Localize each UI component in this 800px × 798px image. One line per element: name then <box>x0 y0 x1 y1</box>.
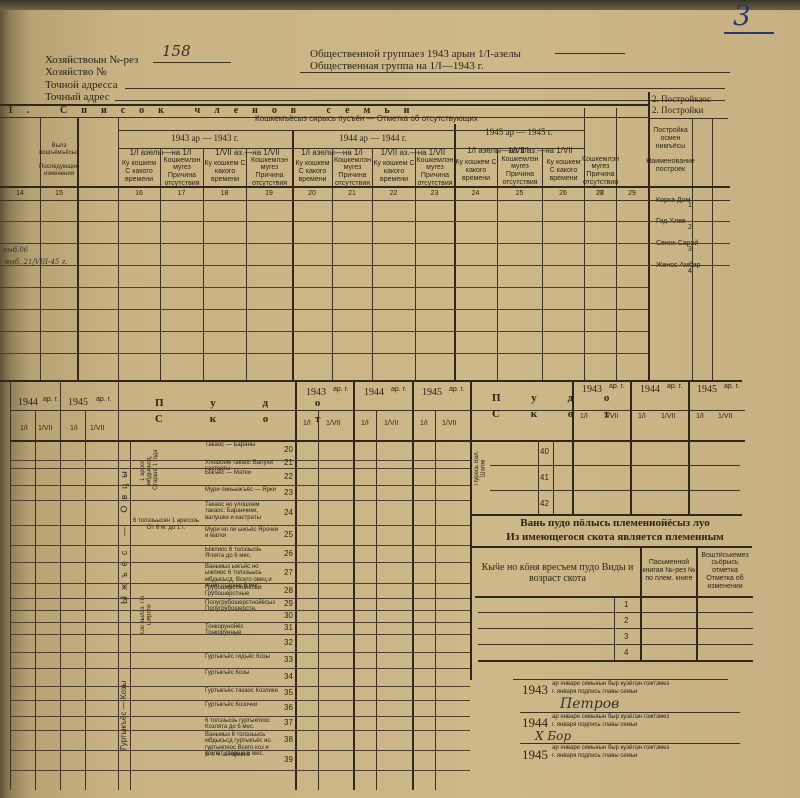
col24-header: Ку кошкем С какого времени <box>455 156 497 186</box>
breeding-title-komi: Вань пудо пӧлысь племеннойёсыз луо <box>480 518 750 529</box>
livestock-row-label: Гуртыкъёс Козы <box>205 670 280 676</box>
year-suffix: ар. г. <box>724 383 739 390</box>
jul-label: 1/VII <box>38 425 52 432</box>
group-label-ru: Общественная группа на 1/I—1943 г. <box>310 61 484 72</box>
year-label: 1945 <box>697 385 717 395</box>
signature-text: г. января подпись главы семьи <box>552 722 637 728</box>
col-number: 19 <box>246 187 292 200</box>
grid-line <box>0 331 648 332</box>
grid-line <box>0 200 730 201</box>
grid-line <box>490 490 740 491</box>
grid-line <box>10 410 745 411</box>
grid-line <box>470 380 472 680</box>
col-number: 23 <box>415 187 454 200</box>
livestock-title-2: С к о т <box>155 414 342 425</box>
signature-line <box>520 743 740 744</box>
grid-line <box>130 440 131 790</box>
livestock-row-number: 36 <box>284 704 293 712</box>
col17-header: Кошкемлэн мугез Причина отсутствия <box>161 158 203 186</box>
breeding-col-kind: Кыӵе но кӧня вресъем пудо Виды и возраст… <box>475 555 640 591</box>
signature-text: ар январе семьяын быр кузёлэн гожтэмез <box>552 681 669 687</box>
livestock-row-number: 34 <box>284 673 293 681</box>
jul-label: 1/VII <box>384 420 398 427</box>
col15-number: 15 <box>41 187 77 200</box>
year-1945-header: 1945 ар — 1945 г. <box>454 124 584 142</box>
grid-line <box>10 652 470 653</box>
address-label-ru: Точный адрес <box>45 92 110 103</box>
grid-line <box>10 622 470 623</box>
grid-line <box>0 265 730 266</box>
year-1943-header: 1943 ар — 1943 г. <box>118 130 292 148</box>
livestock-row-label: Гуртыкъёс такаос Козлики <box>205 688 280 694</box>
group-line-2 <box>300 72 730 73</box>
grid-line <box>478 628 753 629</box>
breeding-row-number: 4 <box>624 649 628 657</box>
livestock-row-number: 20 <box>284 446 293 454</box>
grid-line <box>0 117 648 118</box>
year-label: 1945 <box>68 398 88 408</box>
grid-line <box>692 118 693 380</box>
jul-label: 1/VII <box>442 420 456 427</box>
handwritten-note-a: выб.06 <box>3 247 28 254</box>
livestock-row-label: Мури пиньыжъёс — Ярки <box>205 487 280 493</box>
livestock-row-label: Гуртыкъёс Козочки <box>205 702 280 708</box>
signature-1943[interactable]: Петров <box>560 697 619 711</box>
col-number: 25 <box>497 187 542 200</box>
livestock-row-number: 32 <box>284 639 293 647</box>
col27-header: Кошкемлэн мугез Причина отсутствия <box>585 156 616 186</box>
year-label: 1945 <box>422 388 442 398</box>
grid-line <box>10 545 470 546</box>
right-row-group-label: Пуресь Вал. Шагов <box>474 442 488 494</box>
building-1: Корка Дом <box>656 197 690 204</box>
signature-text: г. января подпись главы семьи <box>552 753 637 759</box>
scan-top-edge <box>0 0 800 10</box>
col16-header: Ку кошкем С какого времени <box>119 158 159 186</box>
grid-line <box>490 465 740 466</box>
buildings-header-ru: Наименование построек <box>649 152 692 180</box>
year-label: 1944 <box>364 388 384 398</box>
grid-line <box>584 108 585 380</box>
grid-line <box>10 485 470 486</box>
household-number-line <box>153 62 231 63</box>
grid-line <box>10 668 470 669</box>
breeding-row-number: 1 <box>624 601 628 609</box>
year-suffix: ар. г. <box>43 396 58 403</box>
livestock-row-label: Грубошерстнойёсыз Грубошерстные <box>205 585 280 598</box>
grid-line <box>712 118 713 380</box>
livestock-row-number: 39 <box>284 756 293 764</box>
row-number: 41 <box>540 474 549 482</box>
livestock-row-number: 28 <box>284 587 293 595</box>
address-line-2[interactable] <box>115 100 725 101</box>
col-number: 26 <box>542 187 584 200</box>
address-label-komi: Точной адресса <box>45 80 118 91</box>
year-suffix: ар. г. <box>609 383 624 390</box>
livestock-row-label: Такаос но улошоем такаос: Баранчики, вал… <box>205 502 280 521</box>
household-number[interactable]: 158 <box>162 44 191 59</box>
col22-header: Ку кошкем С какого времени <box>373 158 415 186</box>
livestock-title-1: П у д о <box>155 398 342 409</box>
signature-text: ар январе семьяын быр кузёлэн гожтэмез <box>552 714 669 720</box>
col21-header: Кошкемлэн мугез Причина отсутствия <box>333 158 372 186</box>
livestock-row-number: 21 <box>284 459 293 467</box>
livestock-row-label: В т. ч. ангорские <box>205 752 280 758</box>
signature-year: 1943 <box>522 683 548 696</box>
jan-label: 1/I <box>20 425 28 432</box>
livestock-row-label: Мури но пи ыжъёс Ярочки и матки <box>205 527 280 540</box>
household-label-ru: Хозяйство № <box>45 67 107 78</box>
jul-label: 1/VII <box>90 425 104 432</box>
group-goats-label: Гуртыкъёс — Козы <box>120 660 130 770</box>
building-number: 4 <box>688 268 692 275</box>
signature-year: 1945 <box>522 748 548 761</box>
grid-line <box>10 716 470 717</box>
signature-text: г. января подпись главы семьи <box>552 689 637 695</box>
grid-line <box>10 500 470 501</box>
jul-label: 1/VII <box>661 413 675 420</box>
grid-line <box>318 410 319 790</box>
grid-line <box>475 596 753 598</box>
grid-line <box>0 353 648 354</box>
livestock-row-number: 27 <box>284 569 293 577</box>
1945-jul-header: 1/VII аз.—на 1/VII <box>497 146 584 156</box>
grid-line <box>10 686 470 687</box>
breeding-col-book: Пасьменной книгая №-рез № по плем. книге <box>642 546 696 596</box>
address-line[interactable] <box>125 88 725 89</box>
jan-label: 1/I <box>361 420 369 427</box>
jan-label: 1/I <box>420 420 428 427</box>
livestock-row-number: 31 <box>284 624 293 632</box>
group-sheep-label: Ыжъёс — Овцы <box>120 460 130 610</box>
household-label-komi: Хозяйствоын №-рез <box>45 55 138 66</box>
year-suffix: ар. г. <box>391 386 406 393</box>
col14-number: 14 <box>0 187 40 200</box>
jul-label: 1/VII <box>604 413 618 420</box>
col19-header: Кошкемлэн мугез Причина отсутствия <box>247 158 292 186</box>
section2-title-komi: 2. Постройкаос <box>652 95 711 104</box>
grid-line <box>0 243 730 244</box>
grid-line <box>10 770 470 771</box>
grid-line <box>478 644 753 645</box>
livestock-row-label: Ыжпиос 6 толэзьозь Ягнята до 6 мес. <box>205 547 280 560</box>
grid-line <box>0 221 730 222</box>
row-number: 40 <box>540 448 549 456</box>
grid-line <box>688 380 690 515</box>
grid-line <box>435 410 436 790</box>
col-number: 17 <box>160 187 203 200</box>
group-label-komi: Общественной группаез 1943 арын 1/I-азел… <box>310 49 521 60</box>
signature-line <box>520 712 740 713</box>
livestock-row-number: 22 <box>284 473 293 481</box>
grid-line <box>0 309 648 310</box>
livestock-row-number: 30 <box>284 612 293 620</box>
livestock-row-number: 35 <box>284 689 293 697</box>
breeding-title-ru: Из имеющегося скота является племенным <box>480 532 750 543</box>
col-number: 28 <box>584 187 616 200</box>
year-label: 1943 <box>582 385 602 395</box>
grid-line <box>10 562 470 563</box>
building-number: 3 <box>688 246 692 253</box>
breeding-row-number: 3 <box>624 633 628 641</box>
row-number: 42 <box>540 500 549 508</box>
grid-line <box>10 440 745 442</box>
jan-label: 1/I <box>303 420 311 427</box>
signature-text: ар январе семьяын быр кузёлэн гожтэмез <box>552 745 669 751</box>
col-number: 16 <box>118 187 160 200</box>
jul-label: 1/VII <box>718 413 732 420</box>
signature-line <box>513 679 728 680</box>
grid-line <box>376 410 377 790</box>
signature-year: 1944 <box>522 716 548 729</box>
year-suffix: ар. г. <box>449 386 464 393</box>
grid-line <box>10 610 470 611</box>
handwritten-note-b: выб. 21/VIII-45 г. <box>5 259 67 266</box>
livestock-row-label: 6 толэзьозь гуртыкпиос Козлята до 6 мес. <box>205 718 280 731</box>
col15-header-ru: Последующие изменения <box>41 158 77 183</box>
grid-line <box>10 468 470 469</box>
col26-header: Ку кошкем С какого времени <box>543 156 584 186</box>
col18-header: Ку кошкем С какого времени <box>204 158 246 186</box>
year-label: 1944 <box>18 398 38 408</box>
buildings-header-komi: Постройка осмен нимъёсы <box>649 125 692 153</box>
col23-header: Кошкемлэн мугез Причина отсутствия <box>416 158 454 186</box>
year-suffix: ар. г. <box>667 383 682 390</box>
grid-line <box>553 440 554 515</box>
grid-line <box>35 410 36 790</box>
page-number-underline <box>724 32 774 34</box>
signature-1944[interactable]: Х Бор <box>535 730 571 742</box>
livestock-row-label: Гуртыкъёс гидъёс Козы <box>205 654 280 660</box>
grid-line <box>10 525 470 526</box>
jul-label: 1/VII <box>326 420 340 427</box>
year-suffix: ар. г. <box>333 386 348 393</box>
grid-line <box>478 660 753 662</box>
grid-line <box>10 700 470 701</box>
year-label: 1944 <box>640 385 660 395</box>
year-suffix: ар. г. <box>96 396 111 403</box>
grid-line <box>10 730 470 731</box>
grid-line <box>10 634 470 635</box>
grid-line <box>538 440 539 515</box>
year-1944-header: 1944 ар — 1944 г. <box>292 130 454 148</box>
livestock-row-number: 38 <box>284 736 293 744</box>
jan-label: 1/I <box>70 425 78 432</box>
grid-line <box>616 108 617 380</box>
grid-line <box>478 612 753 613</box>
col-number: 18 <box>203 187 246 200</box>
col25-header: Кошкемлэн мугез Причина отсутствия <box>498 156 542 186</box>
livestock-row-number: 23 <box>284 489 293 497</box>
grid-line <box>10 583 470 584</box>
livestock-row-number: 37 <box>284 719 293 727</box>
group-line[interactable] <box>555 53 625 54</box>
grid-line <box>630 380 632 515</box>
breeding-col-change: Воштӥськемез сьӧрысь отметка Отметка об … <box>698 546 752 596</box>
livestock-row-label: Ыжъёс — Матки <box>205 470 280 476</box>
livestock-row-number: 24 <box>284 509 293 517</box>
year-label: 1943 <box>306 388 326 398</box>
page-number: 3 <box>733 2 751 30</box>
breeding-row-number: 2 <box>624 617 628 625</box>
livestock-row-number: 26 <box>284 550 293 558</box>
livestock-row-label: Такаос — Бараны <box>205 442 280 448</box>
grid-line <box>470 514 742 516</box>
col-number: 21 <box>332 187 372 200</box>
livestock-title-right-1: П у д о <box>492 393 623 404</box>
col-number: 22 <box>372 187 415 200</box>
jan-label: 1/I <box>580 413 588 420</box>
grid-line <box>0 287 648 288</box>
grid-line <box>648 118 728 119</box>
grid-line <box>85 410 86 790</box>
age-older-label: 1 арося мбдысьсд. Старше 1 года <box>140 445 162 495</box>
grid-line <box>10 750 470 751</box>
building-number: 1 <box>688 202 692 209</box>
building-number: 2 <box>688 224 692 231</box>
grid-line <box>10 598 470 599</box>
col-number: 29 <box>616 187 648 200</box>
col20-header: Ку кошкем С какого времени <box>293 158 332 186</box>
col-number: 20 <box>292 187 332 200</box>
section2-title-ru: 2. Постройки <box>652 106 703 115</box>
livestock-row-number: 29 <box>284 600 293 608</box>
livestock-row-number: 25 <box>284 531 293 539</box>
census-form-page: 3 Хозяйствоын №-рез 158 Хозяйство № Точн… <box>0 0 800 798</box>
livestock-row-number: 33 <box>284 656 293 664</box>
col-number: 24 <box>454 187 497 200</box>
jan-label: 1/I <box>696 413 704 420</box>
jan-label: 1/I <box>638 413 646 420</box>
